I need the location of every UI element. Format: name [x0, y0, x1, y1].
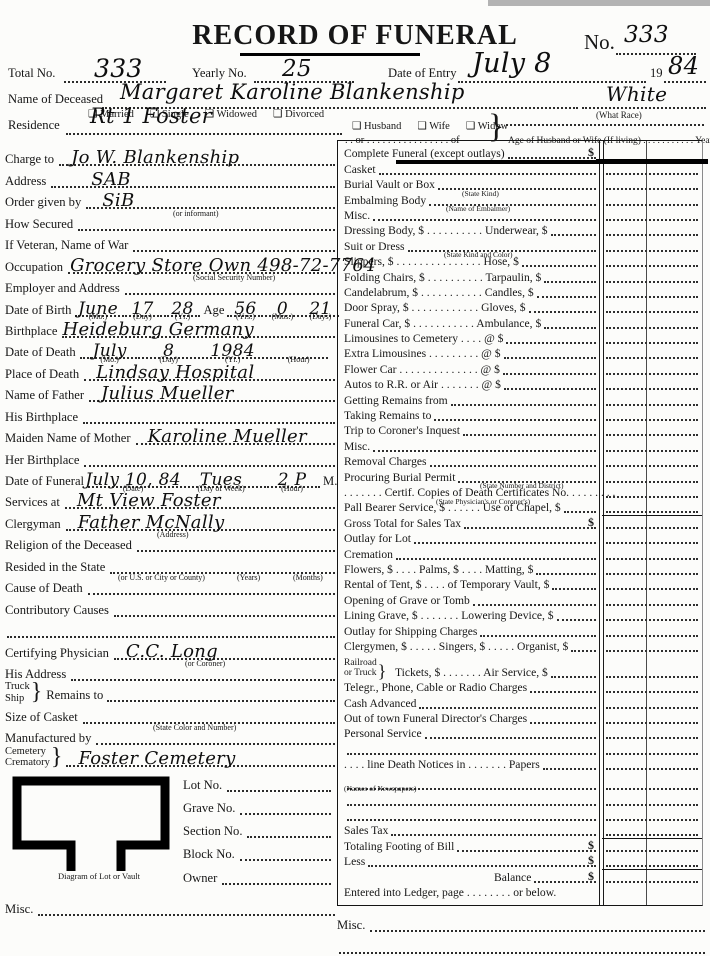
- field-label: How Secured: [5, 217, 76, 233]
- charge-row: Misc.: [344, 438, 702, 453]
- dot-leader: [347, 804, 596, 806]
- charge-label: Sales Tax: [344, 824, 388, 838]
- dot-leader: [503, 373, 596, 375]
- dot-leader: [537, 296, 596, 298]
- field-label: Occupation: [5, 260, 66, 276]
- charge-label: Misc.: [344, 209, 370, 223]
- field-segment: 2 P(Hour): [264, 465, 320, 488]
- checkbox-icon: ❑: [466, 121, 478, 132]
- dollar-sign: $: [588, 838, 594, 853]
- brace-glyph: }: [50, 748, 65, 769]
- charge-row: Autos to R.R. or Air . . . . . . . @ $: [344, 377, 702, 392]
- dotted-line: [83, 700, 335, 723]
- dot-leader: [534, 881, 596, 883]
- residence-label: Residence: [8, 118, 60, 133]
- dotted-line: [137, 529, 335, 552]
- charge-row: Personal Service: [344, 726, 702, 741]
- charge-row: Sales Tax: [344, 823, 702, 838]
- charge-label: Pall Bearer Service, $ . . . . . . Use o…: [344, 501, 561, 515]
- field-label: Cause of Death: [5, 581, 86, 597]
- dot-leader: [425, 737, 596, 739]
- dot-leader: [347, 753, 596, 755]
- money-cell-dots: [606, 635, 698, 637]
- field-segment: 0(Mos.): [265, 293, 299, 316]
- charge-label: Funeral Car, $ . . . . . . . . . . . Amb…: [344, 317, 541, 331]
- field-label: Clergyman: [5, 517, 64, 533]
- dollar-sign: $: [588, 869, 594, 884]
- charge-row: Cremation: [344, 546, 702, 561]
- money-cell-dots: [606, 296, 698, 298]
- charge-label: Out of town Funeral Director's Charges: [344, 712, 527, 726]
- dot-leader: [529, 311, 596, 313]
- field-label: Order given by: [5, 195, 84, 211]
- charge-row: Taking Remains to: [344, 408, 702, 423]
- handwritten-value: Foster Cemetery: [78, 748, 235, 769]
- charge-row: Embalming Body(Name of Embalmer): [344, 192, 702, 207]
- money-cell-dots: [606, 265, 698, 267]
- money-cell-dots: [606, 481, 698, 483]
- scan-artifact-bar: [488, 0, 710, 6]
- money-cell-dots: [606, 804, 698, 806]
- charge-row: Complete Funeral (except outlays)$: [344, 146, 702, 161]
- residence-value: Rt 1 Foster: [90, 104, 212, 128]
- field-segment: July(Mo.): [80, 336, 140, 359]
- field-segment: June(Mo.): [75, 293, 120, 316]
- charge-label: Getting Remains from: [344, 394, 448, 408]
- year-printed: 19: [650, 66, 663, 81]
- dot-leader: [396, 558, 596, 560]
- money-cell-dots: [606, 573, 698, 575]
- dotted-line: [240, 836, 331, 861]
- money-cell-dots: [606, 173, 698, 175]
- charge-label: Outlay for Shipping Charges: [344, 625, 477, 639]
- money-cell-dots: [606, 465, 698, 467]
- charge-label: . . . . line Death Notices in . . . . . …: [344, 758, 540, 772]
- field-row: CemeteryCrematory}Foster Cemetery: [5, 747, 335, 768]
- dotted-line: [133, 229, 335, 252]
- dollar-sign: $: [588, 853, 594, 868]
- bottom-misc-section: Misc.: [337, 912, 705, 956]
- dot-leader: [463, 434, 596, 436]
- field-segment: July 10, 84(Date): [88, 465, 178, 488]
- money-cell-dots: [606, 588, 698, 590]
- dotted-line: Heideburg Germany: [62, 315, 335, 338]
- charge-label: Extra Limousines . . . . . . . . . @ $: [344, 347, 501, 361]
- diagram-caption: Diagram of Lot or Vault: [19, 871, 179, 881]
- dotted-line: [84, 443, 335, 466]
- field-segment: 8(Day): [142, 336, 196, 359]
- dollar-sign: $: [588, 145, 594, 160]
- field-label: Her Birthplace: [5, 453, 82, 469]
- field-segment: 28(Yr.): [164, 293, 200, 316]
- money-cell-dots: [606, 881, 698, 883]
- charge-label: Procuring Burial Permit: [344, 471, 455, 485]
- charge-label: Cremation: [344, 548, 393, 562]
- charge-label: Totaling Footing of Bill: [344, 840, 454, 854]
- lot-field-label: Owner: [183, 871, 220, 887]
- charge-row: . . . . . . . Certif. Copies of Death Ce…: [344, 485, 702, 500]
- charge-row: Gross Total for Sales Tax$: [344, 515, 702, 530]
- field-label: Name of Father: [5, 388, 87, 404]
- dot-leader: [522, 265, 596, 267]
- money-cell-dots: [606, 327, 698, 329]
- money-cell-dots: [606, 373, 698, 375]
- dot-leader: [480, 635, 596, 637]
- charge-label: Casket: [344, 163, 376, 177]
- charge-row: Casket: [344, 161, 702, 176]
- dot-leader: [464, 527, 596, 529]
- charge-row: Suit or Dress(State Kind and Color): [344, 238, 702, 253]
- field-label: Size of Casket: [5, 710, 81, 726]
- dot-leader: [530, 722, 596, 724]
- dotted-line: [71, 658, 335, 681]
- charge-row: Dressing Body, $ . . . . . . . . . . Und…: [344, 223, 702, 238]
- title-underline: [240, 53, 420, 56]
- charge-label: Folding Chairs, $ . . . . . . . . . . Ta…: [344, 271, 541, 285]
- charge-row: Pall Bearer Service, $ . . . . . . Use o…: [344, 500, 702, 515]
- dot-leader: [530, 691, 596, 693]
- money-cell-dots: [606, 357, 698, 359]
- money-cell-dots: [606, 188, 698, 190]
- money-cell-dots: [606, 250, 698, 252]
- blank-ruled-row: [337, 934, 705, 956]
- money-cell-dots: [606, 234, 698, 236]
- field-segment: 17(Day): [122, 293, 162, 316]
- dotted-line: [125, 272, 335, 295]
- charge-label: Door Spray, $ . . . . . . . . . . . . Gl…: [344, 301, 526, 315]
- dotted-line: [96, 722, 335, 745]
- charge-row: Funeral Car, $ . . . . . . . . . . . Amb…: [344, 315, 702, 330]
- field-label: Birthplace: [5, 324, 60, 340]
- charge-row: Burial Vault or Box(State Kind): [344, 177, 702, 192]
- field-label-stacked: TruckShip: [5, 681, 30, 704]
- money-cell-dots: [606, 527, 698, 529]
- charge-row: Clergymen, $ . . . . . Singers, $ . . . …: [344, 639, 702, 654]
- dot-leader: [391, 834, 596, 836]
- field-segment: 1984(Yr.): [198, 336, 268, 359]
- checkbox-icon: ❑: [417, 121, 429, 132]
- charge-row: Getting Remains from: [344, 392, 702, 407]
- lot-fields: Lot No.Grave No.Section No.Block No.Owne…: [183, 771, 331, 887]
- money-cell-dots: [606, 511, 698, 513]
- brace-glyph: }: [30, 683, 45, 704]
- charge-row: Outlay for Shipping Charges: [344, 623, 702, 638]
- dot-leader: [373, 219, 596, 221]
- dotted-line: [227, 767, 331, 792]
- money-cell-dots: [606, 342, 698, 344]
- misc-row: Misc.: [5, 897, 335, 918]
- field-label: Address: [5, 174, 49, 190]
- charge-label: Flower Car . . . . . . . . . . . . . . @…: [344, 363, 500, 377]
- form-number-value: 333: [624, 22, 669, 48]
- charge-label-line: or Truck: [344, 669, 377, 679]
- charge-label: Autos to R.R. or Air . . . . . . . @ $: [344, 378, 501, 392]
- charge-row: Railroador Truck} Tickets, $ . . . . . .…: [344, 654, 702, 680]
- dotted-line: SiB: [86, 186, 335, 209]
- field-label-line: Ship: [5, 693, 30, 705]
- charge-label: Cash Advanced: [344, 697, 416, 711]
- charge-row: [344, 741, 702, 756]
- money-cell-dots: [606, 619, 698, 621]
- charge-row: Out of town Funeral Director's Charges: [344, 711, 702, 726]
- charge-row: Trip to Coroner's Inquest: [344, 423, 702, 438]
- charge-row: . . . . line Death Notices in . . . . . …: [344, 757, 702, 772]
- money-cell-dots: [606, 722, 698, 724]
- name-of-deceased-label: Name of Deceased: [8, 92, 103, 107]
- charge-row: Door Spray, $ . . . . . . . . . . . . Gl…: [344, 300, 702, 315]
- lot-field-row: Owner: [183, 863, 331, 886]
- total-no-label: Total No.: [8, 66, 55, 81]
- money-cell-dots: [606, 676, 698, 678]
- charge-label: Burial Vault or Box: [344, 178, 435, 192]
- dot-leader: [434, 419, 596, 421]
- dot-leader: [347, 819, 596, 821]
- dollar-sign: $: [588, 515, 594, 530]
- dotted-line: Lindsay Hospital: [84, 357, 335, 380]
- money-cell-dots: [606, 404, 698, 406]
- charge-row: Candelabrum, $ . . . . . . . . . . . Can…: [344, 285, 702, 300]
- dotted-line: Grocery Store Own 498-72-7764: [68, 250, 335, 273]
- total-no-value: 333: [94, 54, 143, 83]
- charge-row: Less$: [344, 854, 702, 869]
- charge-row: Totaling Footing of Bill$: [344, 838, 702, 853]
- money-cell-dots: [606, 691, 698, 693]
- dot-leader: [473, 604, 596, 606]
- dot-leader: [544, 327, 596, 329]
- field-label: Date of Death: [5, 345, 79, 361]
- dotted-line: Mt View Foster: [65, 486, 335, 509]
- yearly-no-label: Yearly No.: [192, 66, 247, 81]
- money-cell-dots: [606, 450, 698, 452]
- charge-label: Balance: [494, 871, 531, 885]
- money-cell-dots: [606, 768, 698, 770]
- dot-leader: [430, 465, 596, 467]
- field-label: His Birthplace: [5, 410, 81, 426]
- dot-leader: [551, 676, 596, 678]
- charge-row: Folding Chairs, $ . . . . . . . . . . Ta…: [344, 269, 702, 284]
- checkbox-icon: ❑: [352, 121, 364, 132]
- dot-leader: [504, 388, 596, 390]
- charge-row: Flower Car . . . . . . . . . . . . . . @…: [344, 361, 702, 376]
- ruled-line: [7, 615, 335, 638]
- charge-label: Gross Total for Sales Tax: [344, 517, 461, 531]
- funeral-record-page: RECORD OF FUNERAL No. 333 Total No. 333 …: [0, 0, 710, 956]
- dot-leader: [557, 619, 596, 621]
- charge-label: Rental of Tent, $ . . . . of Temporary V…: [344, 578, 549, 592]
- charge-label: Telegr., Phone, Cable or Radio Charges: [344, 681, 527, 695]
- dotted-line: [370, 908, 705, 932]
- money-cell-dots: [606, 204, 698, 206]
- checkbox-option: ❑ Husband: [352, 121, 401, 132]
- charge-label: Less: [344, 855, 365, 869]
- charge-row: Misc.: [344, 208, 702, 223]
- charge-row: Slippers, $ . . . . . . . . . . . . . . …: [344, 254, 702, 269]
- charge-row: Extra Limousines . . . . . . . . . @ $: [344, 346, 702, 361]
- charge-row: Outlay for Lot: [344, 531, 702, 546]
- money-cell-dots: [606, 865, 698, 867]
- dot-leader: [379, 173, 596, 175]
- charge-row: Flowers, $ . . . . Palms, $ . . . . Matt…: [344, 562, 702, 577]
- dot-leader: [451, 404, 596, 406]
- charge-label: Candelabrum, $ . . . . . . . . . . . Can…: [344, 286, 534, 300]
- dot-leader: [506, 342, 596, 344]
- name-of-deceased-value: Margaret Karoline Blankenship: [120, 80, 465, 104]
- charge-row: [344, 792, 702, 807]
- dotted-line: Foster Cemetery: [66, 743, 335, 766]
- dotted-line: [78, 207, 335, 230]
- money-cell-dots: [606, 650, 698, 652]
- dot-leader: [543, 768, 596, 770]
- charge-label: Personal Service: [344, 727, 422, 741]
- charge-label: Entered into Ledger, page . . . . . . . …: [344, 886, 556, 900]
- charge-row: (Names of Newspapers): [344, 772, 702, 792]
- dotted-line: Jo W. Blankenship: [59, 143, 335, 166]
- checkbox-option: ❑ Wife: [417, 121, 449, 132]
- dotted-line: [107, 679, 335, 702]
- money-cell-dots: [606, 434, 698, 436]
- field-segment: (Hour): [270, 336, 328, 359]
- charge-label: Slippers, $ . . . . . . . . . . . . . . …: [344, 255, 519, 269]
- money-cell-dots: [606, 737, 698, 739]
- charge-label: Suit or Dress: [344, 240, 405, 254]
- dotted-line: [247, 813, 331, 838]
- charge-label: Dressing Body, $ . . . . . . . . . . Und…: [344, 224, 548, 238]
- dotted-line: [222, 859, 331, 884]
- lot-vault-diagram: [7, 771, 179, 875]
- dotted-line: [114, 593, 335, 616]
- field-segment: 21(Days): [301, 293, 339, 316]
- checkbox-label: Wife: [429, 121, 450, 132]
- charge-row: Balance$: [344, 869, 702, 884]
- charge-label: Opening of Grave or Tomb: [344, 594, 470, 608]
- charge-row: [344, 808, 702, 823]
- dotted-line: C.C. Long: [114, 636, 335, 659]
- charge-label-stacked: Railroador Truck: [344, 659, 377, 680]
- date-of-entry-value: July 8: [472, 48, 552, 79]
- charge-row: Removal Charges: [344, 454, 702, 469]
- misc-label: Misc.: [5, 902, 36, 918]
- dot-leader: [508, 157, 596, 159]
- dot-leader: [419, 707, 596, 709]
- charge-label: Trip to Coroner's Inquest: [344, 424, 460, 438]
- yearly-no-value: 25: [282, 56, 312, 82]
- field-segment: 56(Yrs.): [227, 293, 263, 316]
- lot-diagram-block: Diagram of Lot or VaultLot No.Grave No.S…: [5, 769, 335, 897]
- money-cell-dots: [606, 604, 698, 606]
- form-number-label: No.: [584, 30, 615, 55]
- money-cell-dots: [606, 753, 698, 755]
- lot-field-label: Lot No.: [183, 778, 225, 794]
- dotted-line: [339, 930, 705, 954]
- charge-row: Procuring Burial Permit(State Number and…: [344, 469, 702, 484]
- race-value: White: [606, 82, 667, 106]
- field-label: Services at: [5, 495, 63, 511]
- money-cell-dots: [606, 707, 698, 709]
- date-of-entry-label: Date of Entry: [388, 66, 457, 81]
- dot-leader: [457, 850, 596, 852]
- dot-leader: [551, 234, 596, 236]
- dot-leader: [536, 573, 596, 575]
- field-label: Place of Death: [5, 367, 82, 383]
- charge-row: Limousines to Cemetery . . . . @ $: [344, 331, 702, 346]
- charge-row: Entered into Ledger, page . . . . . . . …: [344, 885, 702, 900]
- charge-label: Removal Charges: [344, 455, 427, 469]
- charge-row: Opening of Grave or Tomb: [344, 592, 702, 607]
- dotted-line: [38, 893, 335, 916]
- brace-glyph: }: [377, 664, 390, 680]
- money-cell-dots: [606, 496, 698, 498]
- money-cell-dots: [606, 834, 698, 836]
- dot-leader: [564, 511, 596, 513]
- field-label-line: Crematory: [5, 757, 50, 769]
- dotted-line: Karoline Mueller: [136, 422, 335, 445]
- money-cell-dots: [606, 388, 698, 390]
- checkbox-label: Husband: [364, 121, 401, 132]
- lot-field-label: Section No.: [183, 824, 245, 840]
- money-cell-dots: [606, 558, 698, 560]
- money-cell-dots: [606, 850, 698, 852]
- charge-label: Tickets, $ . . . . . . . Air Service, $: [389, 666, 547, 680]
- charge-label: Clergymen, $ . . . . . Singers, $ . . . …: [344, 640, 568, 654]
- field-segment: Tues(Day of Week): [180, 465, 262, 488]
- dot-leader: [373, 450, 596, 452]
- charges-box: Complete Funeral (except outlays)$Casket…: [337, 140, 703, 906]
- dotted-line: [240, 790, 331, 815]
- dot-leader: [544, 281, 596, 283]
- charge-label: Limousines to Cemetery . . . . @ $: [344, 332, 503, 346]
- charge-label: Taking Remains to: [344, 409, 431, 423]
- charge-row: Rental of Tent, $ . . . . of Temporary V…: [344, 577, 702, 592]
- charge-label: Complete Funeral (except outlays): [344, 147, 505, 161]
- money-cell-dots: [606, 281, 698, 283]
- money-cell-dots: [606, 219, 698, 221]
- dot-leader: [571, 650, 596, 652]
- field-label-line: Cemetery: [5, 746, 50, 758]
- dot-leader: [368, 865, 596, 867]
- dot-leader: [414, 542, 596, 544]
- charge-label: Outlay for Lot: [344, 532, 411, 546]
- charge-label: Flowers, $ . . . . Palms, $ . . . . Matt…: [344, 563, 533, 577]
- charge-label: Misc.: [344, 440, 370, 454]
- money-cell-dots: [606, 542, 698, 544]
- dotted-line: SAB: [51, 164, 335, 187]
- lot-field-label: Grave No.: [183, 801, 238, 817]
- dotted-line: [83, 400, 335, 423]
- money-cell-dots: [606, 419, 698, 421]
- charges-rows: Complete Funeral (except outlays)$Casket…: [344, 146, 702, 900]
- charge-row: Telegr., Phone, Cable or Radio Charges: [344, 680, 702, 695]
- year-written: 84: [668, 52, 699, 80]
- dotted-line: [88, 572, 335, 595]
- field-label: Charge to: [5, 152, 57, 168]
- field-label-line: Truck: [5, 681, 30, 693]
- charge-label: Lining Grave, $ . . . . . . . Lowering D…: [344, 609, 554, 623]
- charge-row: Lining Grave, $ . . . . . . . Lowering D…: [344, 608, 702, 623]
- dotted-line: Julius Mueller: [89, 379, 335, 402]
- charge-label: Embalming Body: [344, 194, 426, 208]
- money-cell-dots: [606, 311, 698, 313]
- money-cell-dots: [606, 788, 698, 790]
- dot-leader: [504, 357, 596, 359]
- left-fields: Charge toJo W. BlankenshipAddressSABOrde…: [5, 147, 335, 918]
- money-cell-dots: [606, 819, 698, 821]
- dotted-line: [110, 550, 335, 573]
- dotted-line: Father McNally: [66, 507, 335, 530]
- dot-leader: [552, 588, 596, 590]
- field-label-stacked: CemeteryCrematory: [5, 746, 50, 769]
- charge-row: Cash Advanced: [344, 695, 702, 710]
